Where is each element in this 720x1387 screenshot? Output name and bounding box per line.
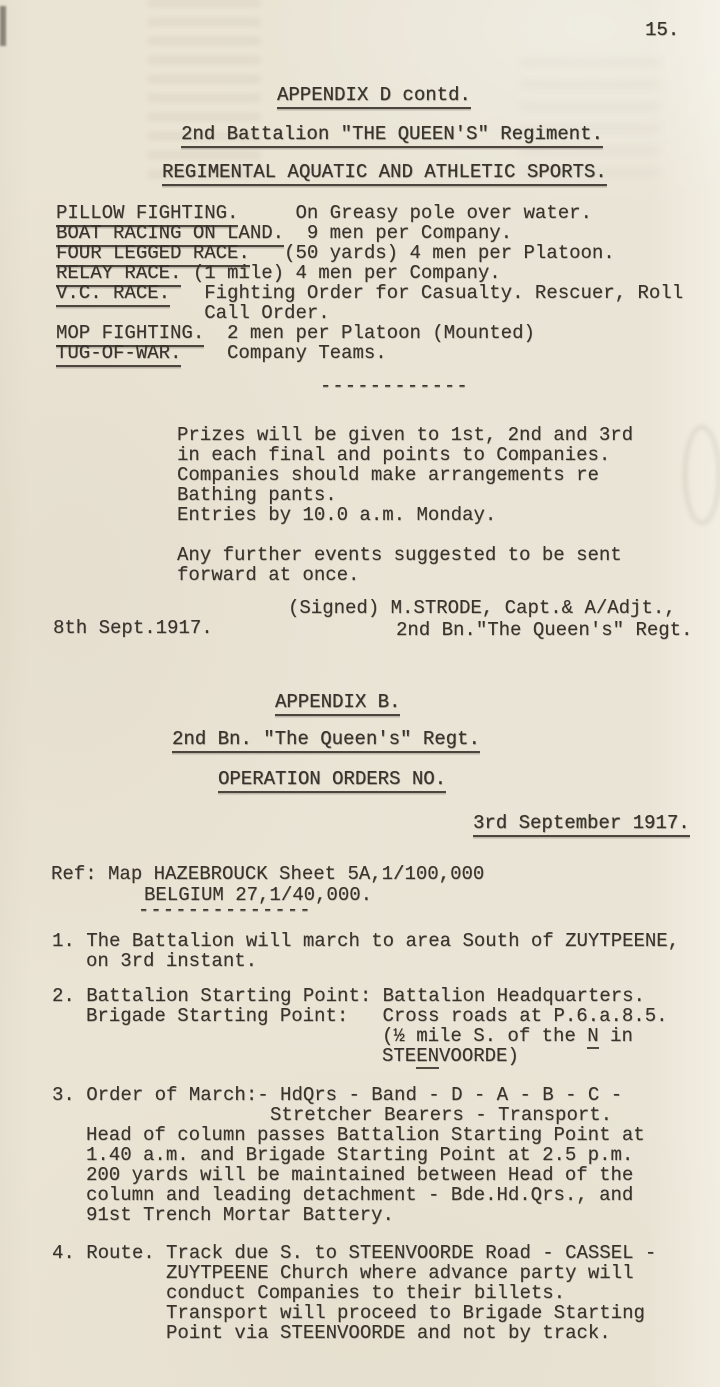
appendix-b-subtitle: 2nd Bn. "The Queen's" Regt.: [172, 729, 480, 749]
date-text: 3rd September 1917.: [473, 812, 690, 837]
order-item-3-line-3: Head of column passes Battalion Starting…: [86, 1125, 645, 1145]
title-text: APPENDIX D contd.: [277, 84, 471, 109]
event-desc: Company Teams.: [181, 342, 386, 364]
order-item-1-line-2: on 3rd instant.: [86, 951, 257, 971]
event-name: TUG-OF-WAR.: [56, 342, 181, 367]
order-item-4-line-1: 4. Route. Track due S. to STEENVOORDE Ro…: [52, 1243, 656, 1263]
appendix-d-title: APPENDIX D contd.: [277, 85, 471, 105]
document-page: 15. APPENDIX D contd. 2nd Battalion "THE…: [0, 0, 720, 1387]
embossed-ring-mark: [683, 425, 720, 525]
order-item-3-line-6: column and leading detachment - Bde.Hd.Q…: [86, 1185, 633, 1205]
further-events-line: forward at once.: [177, 565, 359, 585]
prizes-line: Prizes will be given to 1st, 2nd and 3rd: [177, 425, 633, 445]
event-row-vc-race-cont: Call Order.: [56, 303, 330, 323]
event-row-relay-race: RELAY RACE. (1 mile) 4 men per Company.: [56, 263, 501, 283]
event-row-tug-of-war: TUG-OF-WAR. Company Teams.: [56, 343, 387, 363]
heading-text: REGIMENTAL AQUATIC AND ATHLETIC SPORTS.: [162, 161, 607, 186]
scan-edge-smudge: [0, 6, 6, 46]
underlined-letters: EN: [416, 1045, 439, 1069]
order-item-2-line-2: Brigade Starting Point: Cross roads at P…: [86, 1006, 668, 1026]
event-desc: Call Order.: [56, 302, 330, 324]
further-events-line: Any further events suggested to be sent: [177, 545, 622, 565]
order-item-3-line-2: Stretcher Bearers - Transport.: [270, 1105, 612, 1125]
order-item-4-line-3: conduct Companies to their billets.: [166, 1283, 565, 1303]
appendix-b-heading: OPERATION ORDERS NO.: [218, 769, 446, 789]
prizes-line: in each final and points to Companies.: [177, 445, 610, 465]
page-number: 15.: [645, 20, 679, 40]
map-reference-line-1: Ref: Map HAZEBROUCK Sheet 5A,1/100,000: [51, 864, 484, 884]
appendix-d-subtitle: 2nd Battalion "THE QUEEN'S" Regiment.: [181, 124, 603, 144]
text-segment: (½ mile S. of the: [382, 1025, 587, 1047]
order-item-3-line-1: 3. Order of March:- HdQrs - Band - D - A…: [52, 1085, 622, 1105]
event-row-pillow-fighting: PILLOW FIGHTING. On Greasy pole over wat…: [56, 203, 592, 223]
prizes-line: Companies should make arrangements re: [177, 465, 599, 485]
order-item-4-line-2: ZUYTPEENE Church where advance party wil…: [166, 1263, 633, 1283]
event-row-mop-fighting: MOP FIGHTING. 2 men per Platoon (Mounted…: [56, 323, 535, 343]
order-item-3-line-7: 91st Trench Mortar Battery.: [86, 1205, 394, 1225]
order-item-4-line-4: Transport will proceed to Brigade Starti…: [166, 1303, 645, 1323]
appendix-b-title: APPENDIX B.: [275, 692, 400, 712]
text-segment: STE: [382, 1045, 416, 1067]
order-item-3-line-5: 200 yards will be maintained between Hea…: [86, 1165, 633, 1185]
underlined-letter: N: [587, 1025, 598, 1049]
event-desc: Fighting Order for Casualty. Rescuer, Ro…: [170, 282, 683, 304]
prizes-line: Bathing pants.: [177, 485, 337, 505]
event-desc: On Greasy pole over water.: [238, 202, 591, 224]
event-desc: (50 yards) 4 men per Platoon.: [250, 242, 615, 264]
event-desc: 2 men per Platoon (Mounted): [204, 322, 535, 344]
appendix-d-date: 8th Sept.1917.: [53, 618, 213, 638]
text-segment: in: [599, 1025, 633, 1047]
order-item-2-line-3: (½ mile S. of the N in: [382, 1026, 633, 1046]
event-desc: 9 men per Company.: [284, 222, 512, 244]
title-text: APPENDIX B.: [275, 691, 400, 716]
subtitle-text: 2nd Battalion "THE QUEEN'S" Regiment.: [181, 123, 603, 148]
event-row-boat-racing: BOAT RACING ON LAND. 9 men per Company.: [56, 223, 512, 243]
appendix-d-heading: REGIMENTAL AQUATIC AND ATHLETIC SPORTS.: [162, 162, 607, 182]
heading-text: OPERATION ORDERS NO.: [218, 768, 446, 793]
appendix-b-date: 3rd September 1917.: [473, 813, 690, 833]
dashed-separator: --------------: [138, 900, 312, 920]
order-item-4-line-5: Point via STEENVOORDE and not by track.: [166, 1323, 611, 1343]
signature-line-1: (Signed) M.STRODE, Capt.& A/Adjt.,: [288, 598, 676, 618]
order-item-3-line-4: 1.40 a.m. and Brigade Starting Point at …: [86, 1145, 633, 1165]
order-item-1-line-1: 1. The Battalion will march to area Sout…: [52, 931, 679, 951]
dashed-separator: ------------: [320, 376, 469, 396]
prizes-line: Entries by 10.0 a.m. Monday.: [177, 505, 496, 525]
bleed-through-mark: [148, 0, 260, 188]
event-row-four-legged-race: FOUR LEGGED RACE. (50 yards) 4 men per P…: [56, 243, 615, 263]
order-item-2-line-1: 2. Battalion Starting Point: Battalion H…: [52, 986, 645, 1006]
signature-line-2: 2nd Bn."The Queen's" Regt.: [396, 620, 692, 640]
order-item-2-line-4: STEENVOORDE): [382, 1046, 519, 1066]
event-desc: (1 mile) 4 men per Company.: [181, 262, 500, 284]
text-segment: VOORDE): [439, 1045, 519, 1067]
event-row-vc-race: V.C. RACE. Fighting Order for Casualty. …: [56, 283, 683, 303]
subtitle-text: 2nd Bn. "The Queen's" Regt.: [172, 728, 480, 753]
